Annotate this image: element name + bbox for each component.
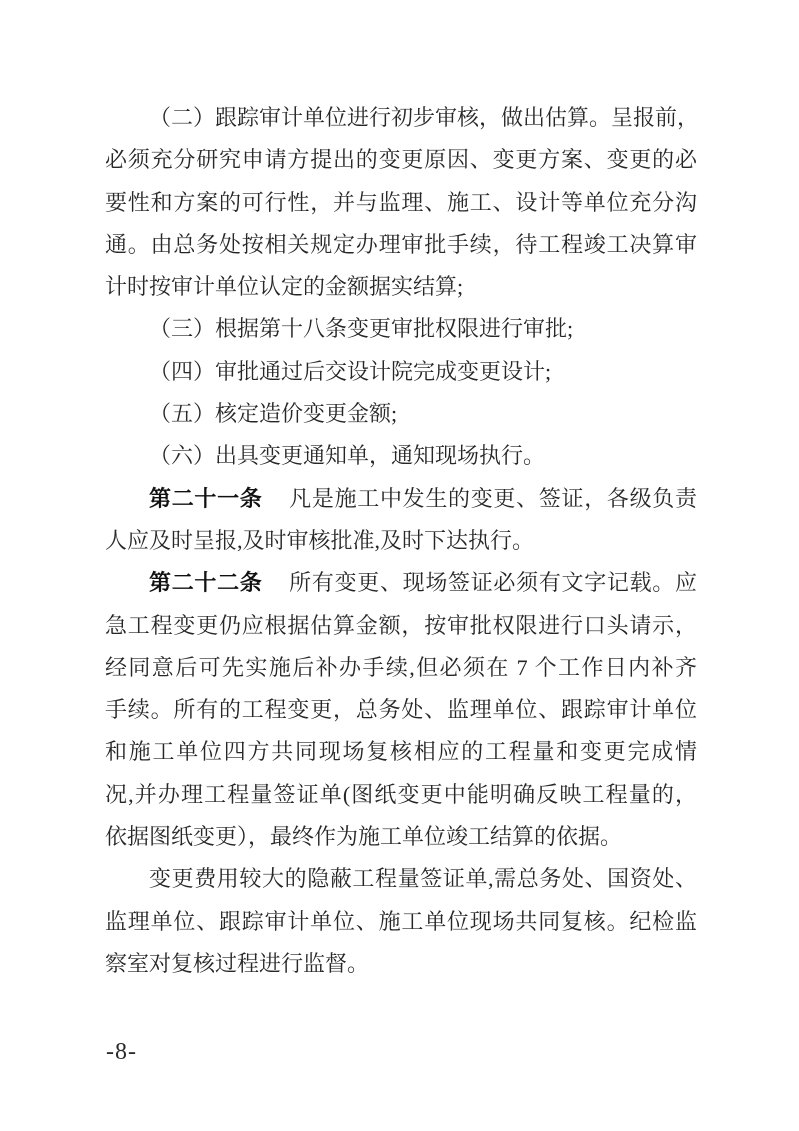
paragraph-clause-5: （五）核定造价变更金额; bbox=[105, 393, 697, 435]
text-line: 通。由总务处按相关规定办理审批手续，待工程竣工决算审 bbox=[105, 224, 697, 266]
text-line: 计时按审计单位认定的金额据实结算; bbox=[105, 266, 697, 308]
text-line: （三）根据第十八条变更审批权限进行审批; bbox=[105, 308, 697, 350]
document-page: （二）跟踪审计单位进行初步审核，做出估算。呈报前， 必须充分研究申请方提出的变更… bbox=[0, 0, 799, 1131]
text-line: （四）审批通过后交设计院完成变更设计; bbox=[105, 351, 697, 393]
article-22-number: 第二十二条 bbox=[149, 570, 262, 595]
article-21-text: 凡是施工中发生的变更、签证，各级负责 bbox=[288, 486, 697, 511]
text-line: 经同意后可先实施后补办手续,但必须在 7 个工作日内补齐 bbox=[105, 647, 697, 689]
paragraph-hidden-works-review: 变更费用较大的隐蔽工程量签证单,需总务处、国资处、 监理单位、跟踪审计单位、施工… bbox=[105, 858, 697, 985]
text-line: （六）出具变更通知单，通知现场执行。 bbox=[105, 435, 697, 477]
text-line: 第二十一条凡是施工中发生的变更、签证，各级负责 bbox=[105, 478, 697, 520]
text-line: 必须充分研究申请方提出的变更原因、变更方案、变更的必 bbox=[105, 139, 697, 181]
text-line: 变更费用较大的隐蔽工程量签证单,需总务处、国资处、 bbox=[105, 858, 697, 900]
text-line: （二）跟踪审计单位进行初步审核，做出估算。呈报前， bbox=[105, 97, 697, 139]
page-number: -8- bbox=[106, 1036, 137, 1068]
paragraph-clause-3: （三）根据第十八条变更审批权限进行审批; bbox=[105, 308, 697, 350]
text-line: 况,并办理工程量签证单(图纸变更中能明确反映工程量的， bbox=[105, 774, 697, 816]
paragraph-clause-4: （四）审批通过后交设计院完成变更设计; bbox=[105, 351, 697, 393]
article-22-text: 所有变更、现场签证必须有文字记载。应 bbox=[288, 570, 697, 595]
text-line: 要性和方案的可行性，并与监理、施工、设计等单位充分沟 bbox=[105, 182, 697, 224]
paragraph-article-22: 第二十二条所有变更、现场签证必须有文字记载。应 急工程变更仍应根据估算金额，按审… bbox=[105, 562, 697, 858]
paragraph-clause-2: （二）跟踪审计单位进行初步审核，做出估算。呈报前， 必须充分研究申请方提出的变更… bbox=[105, 97, 697, 308]
paragraph-clause-6: （六）出具变更通知单，通知现场执行。 bbox=[105, 435, 697, 477]
paragraph-article-21: 第二十一条凡是施工中发生的变更、签证，各级负责 人应及时呈报,及时审核批准,及时… bbox=[105, 478, 697, 563]
text-line: 人应及时呈报,及时审核批准,及时下达执行。 bbox=[105, 520, 697, 562]
document-text-block: （二）跟踪审计单位进行初步审核，做出估算。呈报前， 必须充分研究申请方提出的变更… bbox=[105, 97, 697, 985]
article-21-number: 第二十一条 bbox=[149, 486, 262, 511]
text-line: 急工程变更仍应根据估算金额，按审批权限进行口头请示， bbox=[105, 605, 697, 647]
text-line: 手续。所有的工程变更，总务处、监理单位、跟踪审计单位 bbox=[105, 689, 697, 731]
text-line: 依据图纸变更），最终作为施工单位竣工结算的依据。 bbox=[105, 816, 697, 858]
text-line: 和施工单位四方共同现场复核相应的工程量和变更完成情 bbox=[105, 731, 697, 773]
text-line: 第二十二条所有变更、现场签证必须有文字记载。应 bbox=[105, 562, 697, 604]
text-line: 监理单位、跟踪审计单位、施工单位现场共同复核。纪检监 bbox=[105, 901, 697, 943]
text-line: 察室对复核过程进行监督。 bbox=[105, 943, 697, 985]
text-line: （五）核定造价变更金额; bbox=[105, 393, 697, 435]
